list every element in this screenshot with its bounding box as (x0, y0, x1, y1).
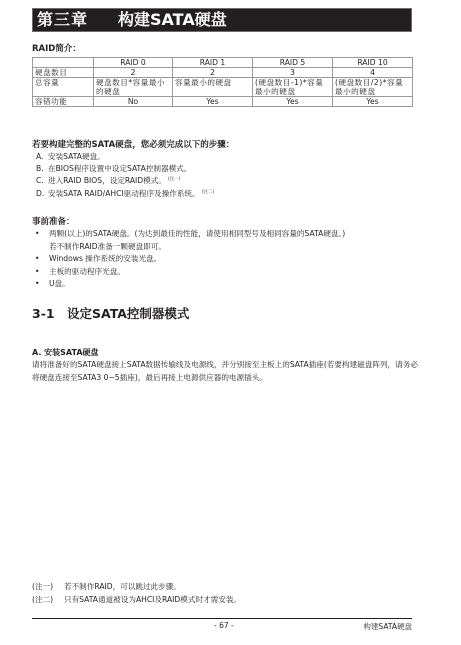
table-cell: Yes (173, 97, 253, 107)
table-header-cell: RAID 1 (173, 58, 253, 68)
raid-comparison-table: RAID 0 RAID 1 RAID 5 RAID 10 硬盘数目 2 2 3 … (32, 57, 413, 107)
table-header-cell: RAID 5 (253, 58, 333, 68)
footnote-text: 若不制作RAID，可以跳过此步骤。 (64, 582, 181, 591)
note-reference: (注二) (202, 190, 215, 195)
chapter-number: 第三章 (37, 9, 88, 31)
table-cell: 3 (253, 68, 333, 78)
table-cell: 2 (94, 68, 173, 78)
table-row: 容错功能 No Yes Yes Yes (33, 97, 413, 107)
step-item: A.安装SATA硬盘。 (36, 151, 214, 163)
table-header-cell: RAID 0 (94, 58, 173, 68)
step-letter: A. (36, 151, 48, 163)
table-header-cell (33, 58, 94, 68)
preparation-heading: 事前准备： (32, 215, 75, 227)
preparation-list: •两颗(以上)的SATA硬盘。(为达到最佳的性能，请使用相同型号及相同容量的SA… (35, 228, 345, 291)
step-text: 安装SATA硬盘。 (48, 152, 105, 161)
row-label: 总容量 (33, 78, 94, 97)
bullet-icon: • (35, 266, 49, 279)
footer-title: 构建SATA硬盘 (363, 621, 412, 632)
table-cell: Yes (333, 97, 413, 107)
row-label: 容错功能 (33, 97, 94, 107)
footnote-text: 只有SATA通道被设为AHCI及RAID模式时才需安装。 (64, 595, 241, 604)
steps-heading: 若要构建完整的SATA硬盘，您必须完成以下的步骤： (32, 138, 234, 150)
list-item: •两颗(以上)的SATA硬盘。(为达到最佳的性能，请使用相同型号及相同容量的SA… (35, 228, 345, 241)
page-number: - 67 - (214, 621, 234, 630)
bullet-icon: • (35, 278, 49, 291)
list-item-continuation: 若不制作RAID准备一颗硬盘即可。 (35, 241, 345, 254)
list-item: •Windows 操作系统的安装光盘。 (35, 253, 345, 266)
footnotes: (注一)若不制作RAID，可以跳过此步骤。 (注二)只有SATA通道被设为AHC… (32, 581, 241, 606)
table-cell: Yes (253, 97, 333, 107)
step-letter: C. (36, 175, 48, 187)
list-item-text: 两颗(以上)的SATA硬盘。(为达到最佳的性能，请使用相同型号及相同容量的SAT… (49, 229, 345, 238)
note-reference: (注一) (168, 177, 181, 182)
raid-intro-heading: RAID简介： (32, 42, 81, 54)
list-item-text: U盘。 (49, 279, 70, 288)
chapter-header: 第三章 构建SATA硬盘 (32, 8, 412, 32)
list-item-text: 主板的驱动程序光盘。 (49, 267, 125, 276)
list-item: •U盘。 (35, 278, 345, 291)
table-cell: 2 (173, 68, 253, 78)
section-heading: 3-1设定SATA控制器模式 (32, 304, 189, 322)
step-item: B.在BIOS程序设置中设定SATA控制器模式。 (36, 163, 214, 175)
step-letter: D. (36, 188, 48, 200)
table-cell: 4 (333, 68, 413, 78)
step-text: 安装SATA RAID/AHCI驱动程序及操作系统。 (48, 189, 200, 198)
step-item: D.安装SATA RAID/AHCI驱动程序及操作系统。(注二) (36, 187, 214, 200)
footer-divider (32, 618, 412, 619)
step-text: 在BIOS程序设置中设定SATA控制器模式。 (48, 164, 191, 173)
step-item: C.进入RAID BIOS，设定RAID模式。(注一) (36, 174, 214, 187)
table-cell: 硬盘数目*容量最小的硬盘 (94, 78, 173, 97)
table-row: 硬盘数目 2 2 3 4 (33, 68, 413, 78)
subsection-heading: A. 安装SATA硬盘 (32, 347, 99, 358)
table-header-cell: RAID 10 (333, 58, 413, 68)
section-title: 设定SATA控制器模式 (67, 306, 189, 321)
steps-list: A.安装SATA硬盘。 B.在BIOS程序设置中设定SATA控制器模式。 C.进… (36, 151, 214, 199)
body-paragraph: 请将准备好的SATA硬盘接上SATA数据传输线及电源线，并分别接至主板上的SAT… (32, 359, 422, 384)
row-label: 硬盘数目 (33, 68, 94, 78)
bullet-icon: • (35, 253, 49, 266)
table-row: 总容量 硬盘数目*容量最小的硬盘 容量最小的硬盘 (硬盘数目-1)*容量最小的硬… (33, 78, 413, 97)
step-letter: B. (36, 163, 48, 175)
table-cell: 容量最小的硬盘 (173, 78, 253, 97)
table-cell: (硬盘数目/2)*容量最小的硬盘 (333, 78, 413, 97)
footnote: (注二)只有SATA通道被设为AHCI及RAID模式时才需安装。 (32, 594, 241, 607)
table-header-row: RAID 0 RAID 1 RAID 5 RAID 10 (33, 58, 413, 68)
table-cell: No (94, 97, 173, 107)
chapter-title: 构建SATA硬盘 (118, 9, 227, 31)
footnote-label: (注一) (32, 581, 64, 594)
step-text: 进入RAID BIOS，设定RAID模式。 (48, 176, 166, 185)
bullet-icon: • (35, 228, 49, 241)
section-number: 3-1 (32, 306, 67, 321)
footnote-label: (注二) (32, 594, 64, 607)
footnote: (注一)若不制作RAID，可以跳过此步骤。 (32, 581, 241, 594)
list-item-text: Windows 操作系统的安装光盘。 (49, 254, 161, 263)
table-cell: (硬盘数目-1)*容量最小的硬盘 (253, 78, 333, 97)
list-item: •主板的驱动程序光盘。 (35, 266, 345, 279)
